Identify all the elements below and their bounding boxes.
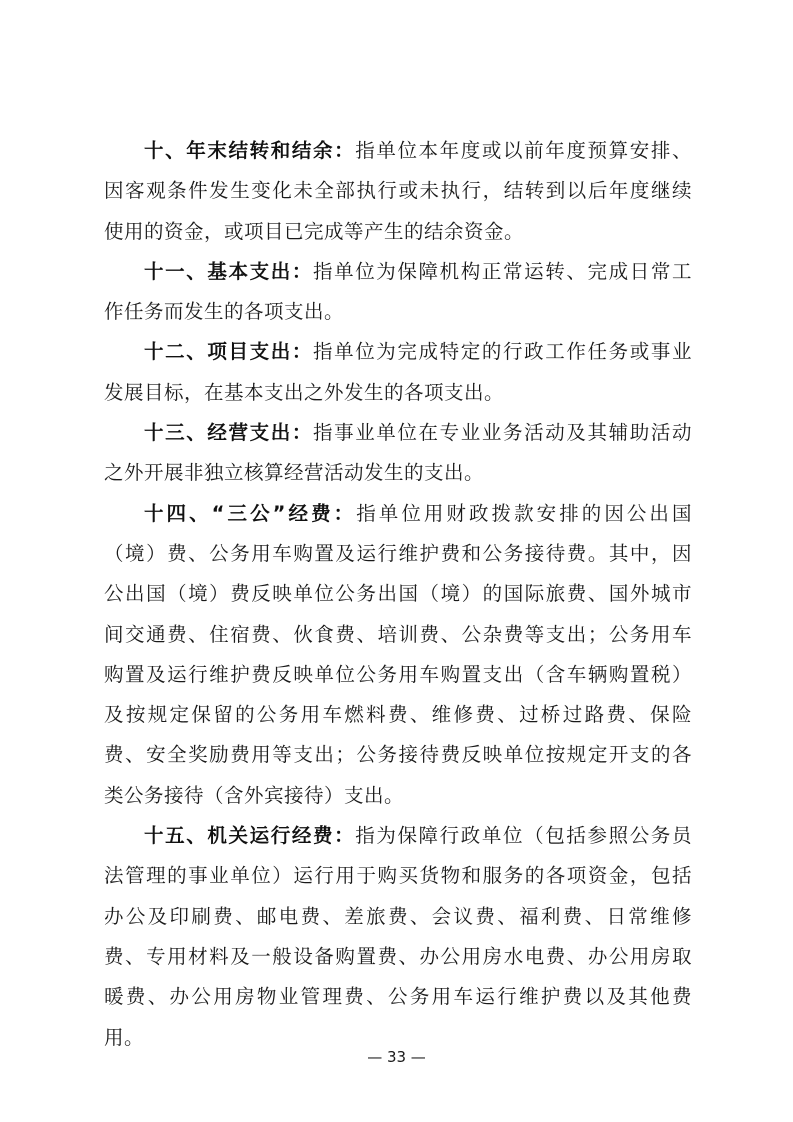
paragraph-line: 十四、“三公”经费：指单位用财政拨款安排的因公出国	[104, 494, 692, 534]
paragraph-line: 之外开展非独立核算经营活动发生的支出。	[104, 453, 692, 493]
definition-paragraph-three-public-expenses: 十四、“三公”经费：指单位用财政拨款安排的因公出国 （境）费、公务用车购置及运行…	[104, 494, 692, 816]
definition-term: 十一、基本支出：	[144, 260, 313, 283]
definition-text: 指单位本年度或以前年度预算安排、	[355, 139, 692, 162]
paragraph-line: 作任务而发生的各项支出。	[104, 292, 692, 332]
paragraph-line: 公出国（境）费反映单位公务出国（境）的国际旅费、国外城市	[104, 574, 692, 614]
paragraph-line: 及按规定保留的公务用车燃料费、维修费、过桥过路费、保险	[104, 695, 692, 735]
paragraph-line: 发展目标，在基本支出之外发生的各项支出。	[104, 373, 692, 413]
definition-term: 十二、项目支出：	[144, 340, 313, 363]
paragraph-line: 费、专用材料及一般设备购置费、办公用房水电费、办公用房取	[104, 937, 692, 977]
page-number: — 33 —	[0, 1048, 793, 1066]
definition-paragraph-year-end-carryover: 十、年末结转和结余：指单位本年度或以前年度预算安排、 因客观条件发生变化未全部执…	[104, 131, 692, 252]
definition-term: 十三、经营支出：	[144, 421, 313, 444]
paragraph-line: 法管理的事业单位）运行用于购买货物和服务的各项资金，包括	[104, 856, 692, 896]
paragraph-line: 办公及印刷费、邮电费、差旅费、会议费、福利费、日常维修	[104, 897, 692, 937]
definition-term: 十四、“三公”经费：	[144, 502, 356, 525]
paragraph-line: 十三、经营支出：指事业单位在专业业务活动及其辅助活动	[104, 413, 692, 453]
definition-paragraph-basic-expenditure: 十一、基本支出：指单位为保障机构正常运转、完成日常工 作任务而发生的各项支出。	[104, 252, 692, 333]
document-body: 十、年末结转和结余：指单位本年度或以前年度预算安排、 因客观条件发生变化未全部执…	[104, 131, 692, 1058]
paragraph-line: 类公务接待（含外宾接待）支出。	[104, 776, 692, 816]
definition-term: 十、年末结转和结余：	[144, 139, 355, 162]
document-page: 十、年末结转和结余：指单位本年度或以前年度预算安排、 因客观条件发生变化未全部执…	[0, 0, 793, 1122]
paragraph-line: 间交通费、住宿费、伙食费、培训费、公杂费等支出；公务用车	[104, 615, 692, 655]
definition-text: 指单位为完成特定的行政工作任务或事业	[313, 340, 692, 363]
definition-paragraph-agency-operating-costs: 十五、机关运行经费：指为保障行政单位（包括参照公务员 法管理的事业单位）运行用于…	[104, 816, 692, 1058]
paragraph-line: 十二、项目支出：指单位为完成特定的行政工作任务或事业	[104, 332, 692, 372]
paragraph-line: 十、年末结转和结余：指单位本年度或以前年度预算安排、	[104, 131, 692, 171]
paragraph-line: （境）费、公务用车购置及运行维护费和公务接待费。其中，因	[104, 534, 692, 574]
paragraph-line: 使用的资金，或项目已完成等产生的结余资金。	[104, 212, 692, 252]
paragraph-line: 十五、机关运行经费：指为保障行政单位（包括参照公务员	[104, 816, 692, 856]
definition-paragraph-project-expenditure: 十二、项目支出：指单位为完成特定的行政工作任务或事业 发展目标，在基本支出之外发…	[104, 332, 692, 413]
paragraph-line: 购置及运行维护费反映单位公务用车购置支出（含车辆购置税）	[104, 655, 692, 695]
definition-term: 十五、机关运行经费：	[144, 824, 355, 847]
paragraph-line: 因客观条件发生变化未全部执行或未执行，结转到以后年度继续	[104, 171, 692, 211]
definition-text: 指事业单位在专业业务活动及其辅助活动	[313, 421, 692, 444]
paragraph-line: 暖费、办公用房物业管理费、公务用车运行维护费以及其他费	[104, 977, 692, 1017]
definition-paragraph-operating-expenditure: 十三、经营支出：指事业单位在专业业务活动及其辅助活动 之外开展非独立核算经营活动…	[104, 413, 692, 494]
definition-text: 指单位为保障机构正常运转、完成日常工	[313, 260, 692, 283]
definition-text: 指为保障行政单位（包括参照公务员	[355, 824, 692, 847]
paragraph-line: 十一、基本支出：指单位为保障机构正常运转、完成日常工	[104, 252, 692, 292]
definition-text: 指单位用财政拨款安排的因公出国	[356, 502, 692, 525]
paragraph-line: 费、安全奖励费用等支出；公务接待费反映单位按规定开支的各	[104, 735, 692, 775]
